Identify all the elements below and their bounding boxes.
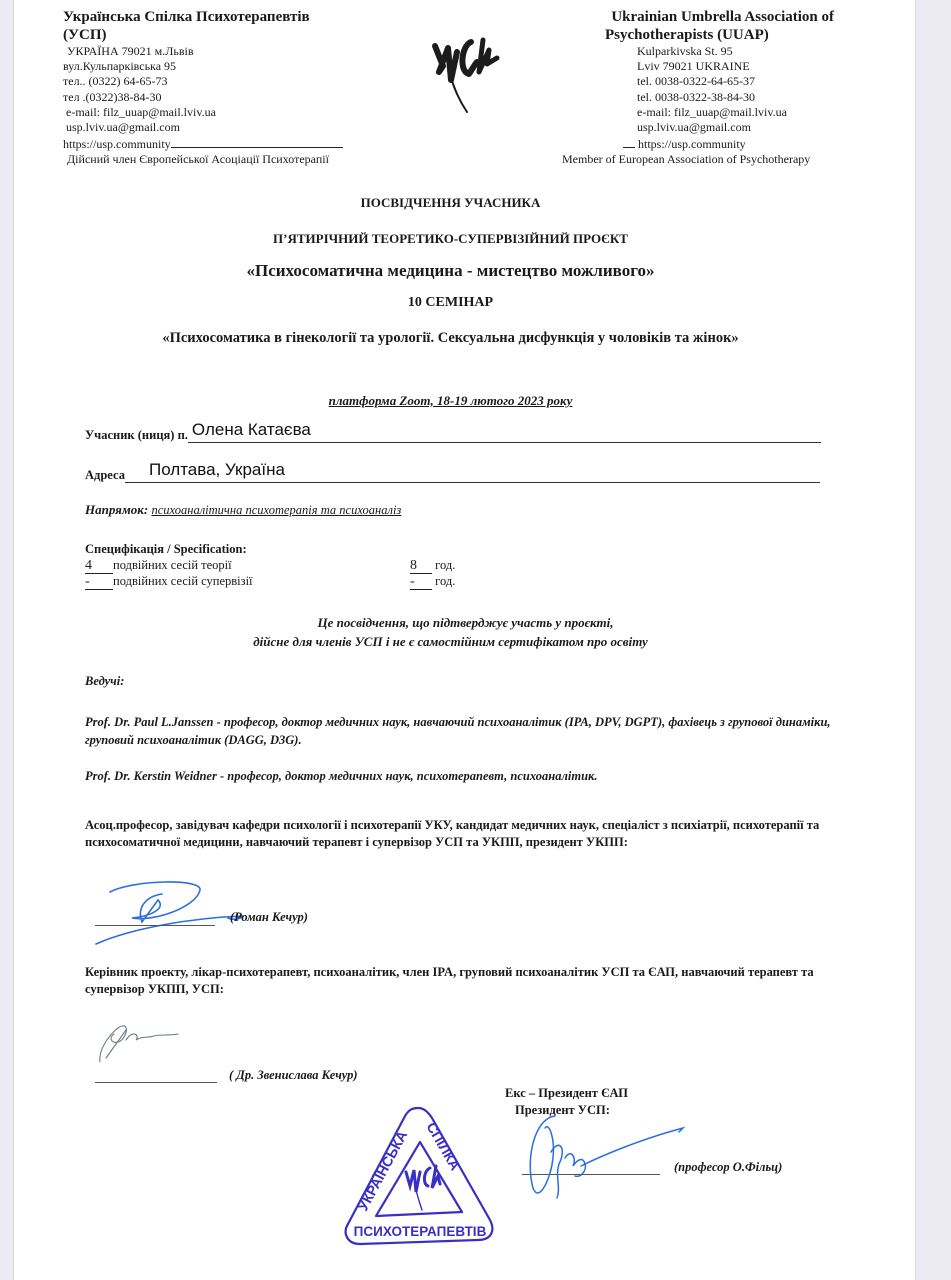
spec-count: - xyxy=(85,575,113,590)
org-name-eng: Ukrainian Umbrella Association of xyxy=(548,8,848,26)
participant-name-value: Олена Катаєва xyxy=(188,420,821,443)
phone-line: тел .(0322)38-84-30 xyxy=(63,90,393,105)
specification-heading: Специфікація / Specification: xyxy=(85,541,585,557)
usp-calligraphic-logo-icon xyxy=(415,28,510,113)
header-right-eng: Ukrainian Umbrella Association of Psycho… xyxy=(548,8,848,168)
validity-note: Це посвідчення, що підтверджує участь у … xyxy=(0,613,901,651)
spec-label: подвійних сесій теорії xyxy=(113,558,232,572)
address-line: вул.Кульпарківська 95 xyxy=(63,59,393,74)
note-line-1: Це посвідчення, що підтверджує участь у … xyxy=(0,613,901,632)
project-type: П’ЯТИРІЧНИЙ ТЕОРЕТИКО-СУПЕРВІЗІЙНИЙ ПРОЄ… xyxy=(0,231,901,247)
association-stamp-icon: УКРАЇНСЬКА СПІЛКА ПСИХОТЕРАПЕВТІВ xyxy=(340,1100,500,1250)
signature-roman-kechur-icon xyxy=(92,878,252,948)
spec-row-theory: 4подвійних сесій теорії 8 год. xyxy=(85,557,585,573)
org-name-ukr: Українська Спілка Психотерапевтів xyxy=(63,8,393,26)
stamp-text-right: СПІЛКА xyxy=(423,1119,463,1173)
seminar-topic: «Психосоматика в гінекології та урології… xyxy=(0,330,901,347)
spec-hours-unit: год. xyxy=(435,574,455,588)
signature-line xyxy=(95,1082,217,1083)
spec-row-supervision: -подвійних сесій супервізії - год. xyxy=(85,573,585,589)
participant-name-field: Учасник (ниця) п. Олена Катаєва xyxy=(85,420,821,443)
email-line: e-mail: filz_uuap@mail.lviv.ua xyxy=(548,105,848,120)
presenter-item: Prof. Dr. Kerstin Weidner - професор, до… xyxy=(85,767,865,785)
specification-block: Специфікація / Specification: 4подвійних… xyxy=(85,541,585,589)
phone-line: tel. 0038-0322-38-84-30 xyxy=(548,90,848,105)
document-type-title: ПОСВІДЧЕННЯ УЧАСНИКА xyxy=(0,195,901,211)
signatory-name: (Роман Кечур) xyxy=(230,910,308,925)
spec-label: подвійних сесій супервізії xyxy=(113,574,253,588)
website-link: https://usp.community xyxy=(63,137,171,151)
signatory-name: ( Др. Звенислава Кечур) xyxy=(229,1068,358,1083)
org-abbr-ukr: (УСП) xyxy=(63,26,393,44)
org-name-eng-line2: Psychotherapists (UUAP) xyxy=(548,26,848,44)
participant-address-field: Адреса Полтава, Україна xyxy=(85,460,820,483)
project-name: «Психосоматична медицина - мистецтво мож… xyxy=(0,261,901,281)
email-line: usp.lviv.ua@gmail.com xyxy=(548,120,848,135)
presenters-heading: Ведучі: xyxy=(85,672,865,690)
direction-value: психоаналітична психотерапія та психоана… xyxy=(151,503,401,517)
email-line: usp.lviv.ua@gmail.com xyxy=(63,120,393,135)
spec-hours-unit: год. xyxy=(435,558,455,572)
signature-filts-icon xyxy=(515,1108,695,1208)
spec-count: 4 xyxy=(85,559,113,574)
membership-line: Дійсний член Європейської Асоціації Псих… xyxy=(63,152,393,167)
signatory-name: (професор О.Фільц) xyxy=(674,1160,782,1175)
direction-field: Напрямок: психоаналітична психотерапія т… xyxy=(85,502,401,518)
website-line: https://usp.community xyxy=(63,135,393,152)
membership-line: Member of European Association of Psycho… xyxy=(548,152,848,167)
participant-address-label: Адреса xyxy=(85,468,125,483)
spec-hours: - xyxy=(410,575,432,590)
role-line-1: Екс – Президент ЄАП xyxy=(505,1085,628,1102)
seminar-number: 10 СЕМІНАР xyxy=(0,295,901,311)
presenter-item: Prof. Dr. Paul L.Janssen - професор, док… xyxy=(85,713,865,749)
website-link: https://usp.community xyxy=(638,137,746,151)
website-line: https://usp.community xyxy=(548,135,848,152)
stamp-text-bottom: ПСИХОТЕРАПЕВТІВ xyxy=(354,1224,487,1239)
signature-line xyxy=(95,925,215,926)
signatory-role-kechur-r: Асоц.професор, завідувач кафедри психоло… xyxy=(85,817,865,851)
header-left-ukr: Українська Спілка Психотерапевтів (УСП) … xyxy=(63,8,393,168)
direction-label: Напрямок xyxy=(85,502,144,517)
spec-hours: 8 xyxy=(410,559,432,574)
participant-name-label: Учасник (ниця) п. xyxy=(85,428,188,443)
signatory-role-kechur-z: Керівник проекту, лікар-психотерапевт, п… xyxy=(85,964,865,998)
signature-zvenyslava-kechur-icon xyxy=(96,1018,186,1066)
participant-address-value: Полтава, Україна xyxy=(125,460,820,483)
address-line: УКРАЇНА 79021 м.Львів xyxy=(63,44,393,59)
phone-line: tel. 0038-0322-64-65-37 xyxy=(548,74,848,89)
email-line: e-mail: filz_uuap@mail.lviv.ua xyxy=(63,105,393,120)
phone-line: тел.. (0322) 64-65-73 xyxy=(63,74,393,89)
address-line: Kulparkivska St. 95 xyxy=(548,44,848,59)
presenters-block: Ведучі: Prof. Dr. Paul L.Janssen - профе… xyxy=(85,672,865,785)
platform-date: платформа Zoom, 18-19 лютого 2023 року xyxy=(0,393,901,409)
address-line: Lviv 79021 UKRAINE xyxy=(548,59,848,74)
note-line-2: дійсне для членів УСП і не є самостійним… xyxy=(0,632,901,651)
